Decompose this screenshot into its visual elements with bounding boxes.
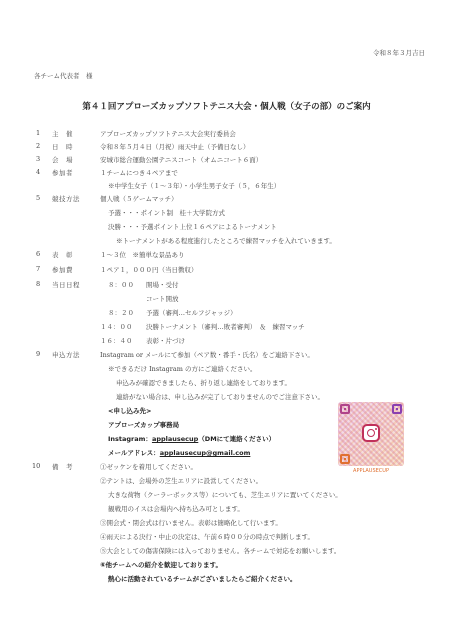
remarks-line: ①ゼッケンを着用してください。 (100, 462, 197, 471)
remarks-line: ⑤大会としての傷害保険には入っておりません。各チームで対応をお願いします。 (100, 546, 340, 555)
remarks-line: ③開会式・閉会式は行いません。表彰は簡略化して行います。 (100, 518, 282, 527)
section-number: 7 (36, 265, 40, 273)
instagram-link[interactable]: applausecup (152, 435, 198, 443)
email-link[interactable]: applausecup@gmail.com (160, 449, 251, 457)
section-label: 表 彰 (52, 250, 73, 259)
contact-email: メールアドレス：applausecup@gmail.com (108, 448, 250, 457)
schedule-time: ８：２０ (108, 308, 134, 317)
qr-label: APPLAUSECUP (338, 468, 404, 474)
section-label: 会 場 (52, 155, 73, 164)
contact-instagram: Instagram：applausecup（DMにて連絡ください） (108, 434, 275, 443)
document-date: 令和８年３月吉日 (373, 48, 425, 57)
section-number: 6 (36, 250, 40, 258)
document-title: 第４１回アプローズカップソフトテニス大会・個人戦（女子の部）のご案内 (0, 100, 453, 112)
format-note: ※トーナメントがある程度進行したところで練習マッチを入れていきます。 (116, 236, 336, 245)
schedule-time: １４：００ (100, 322, 133, 331)
section-label: 主 催 (52, 129, 73, 138)
section-label: 参加費 (52, 265, 73, 274)
application-note: 申込みが確認できましたら、折り返し連絡をしております。 (116, 378, 291, 387)
section-number: 8 (36, 280, 40, 288)
schedule-time: ８：００ (108, 280, 134, 289)
organizer-value: アプローズカップソフトテニス大会実行委員会 (100, 129, 236, 138)
fee-value: １ペア１，０００円（当日徴収） (100, 265, 198, 274)
schedule-time: １６：４０ (100, 336, 133, 345)
schedule-desc: 決勝トーナメント（審判…敗者審判） ＆ 練習マッチ (146, 322, 305, 331)
remarks-line: 熱心に活動されているチームがございましたらご紹介ください。 (108, 574, 297, 583)
awards-value: １～３位 ※簡単な景品あり (100, 250, 185, 259)
instagram-label: Instagram： (108, 435, 152, 443)
section-number: 3 (36, 155, 40, 163)
remarks-line: ②テントは、会場外の芝生エリアに設営してください。 (100, 476, 262, 485)
contact-heading: <申し込み先> (108, 406, 151, 415)
section-number: 4 (36, 168, 40, 176)
participants-note: ※中学生女子（１～３年）・小学生男子女子（５，６年生） (108, 181, 280, 190)
section-label: 日 時 (52, 142, 73, 151)
application-note: 連絡がない場合は、申し込みが完了しておりませんのでご注意下さい。 (116, 392, 324, 401)
contact-org: アプローズカップ事務局 (108, 420, 179, 429)
format-prelim: 予選・・・ポイント制 桂＋大学院方式 (108, 208, 225, 217)
schedule-desc: コート開放 (146, 294, 179, 303)
section-label: 当日日程 (52, 280, 80, 289)
remarks-line: 大きな荷物（クーラーボックス等）についても、芝生エリアに置いてください。 (108, 490, 342, 499)
section-label: 競技方法 (52, 194, 80, 203)
application-note: ※できるだけ Instagram の方にご連絡ください。 (108, 364, 257, 373)
schedule-desc: 予選（審判…セルフジャッジ） (146, 308, 237, 317)
section-number: 10 (32, 462, 40, 470)
section-label: 参加者 (52, 168, 73, 177)
addressee: 各チーム代表者 様 (34, 71, 93, 80)
instagram-note: （DMにて連絡ください） (198, 435, 275, 443)
section-number: 2 (36, 142, 40, 150)
qr-corner-icon (392, 404, 402, 414)
datetime-value: 令和８年５月４日（月祝）雨天中止（予備日なし） (100, 142, 250, 151)
schedule-desc: 開場・受付 (146, 280, 179, 289)
section-label: 申込方法 (52, 350, 80, 359)
instagram-icon (362, 424, 380, 442)
email-label: メールアドレス： (108, 449, 160, 457)
application-value: Instagram or メールにて参加（ペア数・番手・氏名）をご連絡下さい。 (100, 350, 314, 359)
section-number: 9 (36, 350, 40, 358)
venue-value: 安城市総合運動公園テニスコート（オムニコート６面） (100, 155, 262, 164)
format-final: 決勝・・・予選ポイント上位１６ペアによるトーナメント (108, 222, 277, 231)
participants-value: １チームにつき４ペアまで (100, 168, 178, 177)
schedule-desc: 表彰・片づけ (146, 336, 185, 345)
qr-corner-icon (340, 404, 350, 414)
remarks-line: ⑥他チームへの紹介を歓迎しております。 (100, 560, 222, 569)
instagram-qr-code[interactable] (338, 402, 404, 466)
section-label: 備 考 (52, 462, 73, 471)
remarks-line: ④雨天による決行・中止の決定は、午前６時００分の時点で判断します。 (100, 532, 314, 541)
remarks-line: 観戦用のイスは会場内へ持ち込み可とします。 (108, 504, 244, 513)
section-number: 5 (36, 194, 40, 202)
section-number: 1 (36, 129, 40, 137)
format-value: 個人戦（５ゲームマッチ） (100, 194, 178, 203)
qr-corner-icon (340, 454, 350, 464)
